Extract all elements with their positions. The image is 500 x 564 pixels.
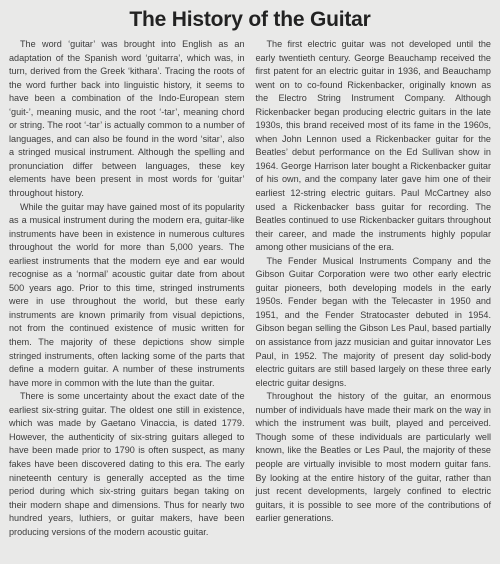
right-paragraph-2: The Fender Musical Instruments Company a…	[256, 255, 492, 390]
right-paragraph-1: The first electric guitar was not develo…	[256, 38, 492, 255]
document-page: The History of the Guitar The word ‘guit…	[0, 0, 500, 564]
page-title: The History of the Guitar	[0, 0, 500, 32]
two-column-body: The word ‘guitar’ was brought into Engli…	[0, 32, 500, 539]
right-paragraph-3: Throughout the history of the guitar, an…	[256, 390, 492, 525]
left-column: The word ‘guitar’ was brought into Engli…	[9, 38, 245, 539]
left-paragraph-1: The word ‘guitar’ was brought into Engli…	[9, 38, 245, 201]
right-column: The first electric guitar was not develo…	[256, 38, 492, 539]
left-paragraph-2: While the guitar may have gained most of…	[9, 201, 245, 391]
left-paragraph-3: There is some uncertainty about the exac…	[9, 390, 245, 539]
